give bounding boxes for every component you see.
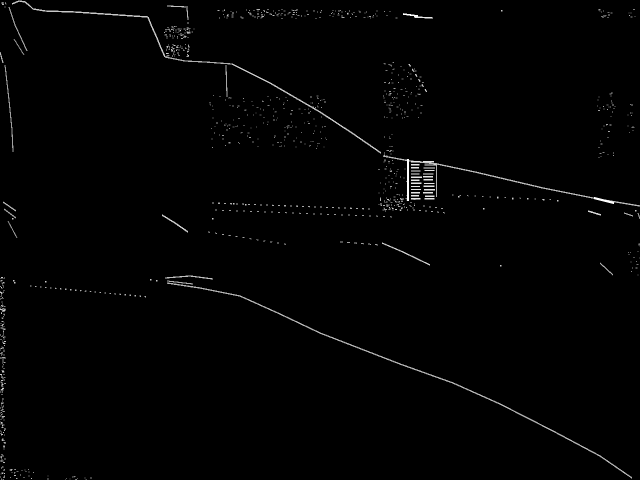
speckle-top-band-mid — [390, 11, 391, 12]
speckle-trunk-base-dense — [388, 205, 389, 206]
speckle-top-band-left — [262, 16, 263, 17]
speckle-left-edge-column — [2, 407, 4, 408]
speckle-dot-field-under-line — [251, 101, 252, 102]
speckle-left-edge-column — [3, 331, 4, 332]
speckle-trunk-strand-left — [394, 69, 395, 70]
speckle-trunk-strand-left — [390, 93, 391, 94]
speckle-left-edge-column — [2, 297, 3, 298]
speckle-trunk-strand-right — [401, 114, 402, 115]
speckle-right-wavy-dots — [597, 105, 598, 106]
speckle-dot-field-under-line — [257, 138, 258, 139]
speckle-dot-field-under-line — [241, 132, 242, 133]
speckle-texture-block-side — [190, 28, 191, 29]
speckle-trunk-lower — [396, 174, 397, 175]
speckle-left-edge-column — [1, 313, 2, 314]
speckle-dot-field-under-line — [227, 125, 228, 126]
speckle-left-edge-column — [3, 282, 4, 283]
speckle-top-band-left — [307, 14, 309, 15]
speckle-right-wavy-dots — [610, 96, 611, 97]
speckle-trunk-strand-left — [391, 79, 392, 80]
speckle-trunk-lower — [394, 205, 395, 206]
speckle-left-edge-column — [2, 394, 3, 395]
speckle-dot-field-under-line — [252, 142, 254, 143]
speckle-top-band-mid — [373, 15, 374, 16]
speckle-texture-block-b — [178, 45, 179, 46]
speckle-trunk-base-dense — [388, 200, 389, 201]
speckle-trunk-strand-left — [384, 161, 385, 162]
speckle-left-edge-column — [1, 405, 2, 406]
speckle-trunk-base-dense — [384, 202, 385, 203]
speckle-dot-field-under-line — [319, 143, 320, 144]
speckle-left-edge-column — [1, 459, 2, 460]
speckle-trunk-strand-left — [386, 166, 387, 167]
speckle-trunk-strand-right — [404, 69, 405, 70]
speckle-dot-field-under-line — [284, 103, 285, 104]
speckle-trunk-base-dense — [389, 204, 390, 205]
speckle-top-band-mid — [329, 15, 330, 16]
speckle-top-band-right — [599, 11, 600, 12]
speckle-trunk-base-dense — [381, 205, 382, 206]
speckle-right-edge-dots-q4 — [637, 274, 638, 275]
speckle-trunk-strand-right — [405, 88, 406, 89]
speckle-trunk-base-dense — [401, 208, 403, 209]
speckle-dot-field-under-line — [273, 120, 275, 121]
speckle-top-band-left — [297, 9, 298, 10]
speckle-dot-field-under-line — [317, 143, 318, 144]
speckle-top-band-mid — [352, 14, 353, 15]
speckle-dot-field-under-line — [213, 117, 214, 118]
speckle-texture-block-a — [176, 29, 177, 30]
speckle-left-edge-column — [3, 366, 4, 367]
speckle-trunk-lower — [397, 171, 398, 172]
speckle-right-wavy-dots — [612, 112, 613, 113]
speckle-left-edge-column — [2, 311, 4, 312]
speckle-dot-field-under-line — [212, 109, 213, 110]
speckle-top-band-mid — [335, 11, 336, 12]
speckle-top-band-left — [251, 15, 252, 16]
speckle-trunk-strand-left — [391, 146, 392, 147]
speckle-left-edge-column — [1, 355, 2, 356]
speckle-dot-field-under-line — [225, 125, 226, 126]
speckle-texture-block-a — [174, 35, 175, 36]
speckle-left-edge-column — [2, 388, 4, 389]
speckle-trunk-strand-left — [391, 72, 392, 73]
speckle-texture-block-a — [183, 37, 184, 38]
speckle-left-edge-column — [4, 443, 6, 444]
speckle-texture-block-b — [188, 50, 190, 51]
speckle-top-band-mid — [367, 16, 368, 17]
speckle-texture-block-b — [187, 54, 188, 55]
speckle-dot-field-under-line — [308, 112, 310, 113]
speckle-trunk-base-dense — [380, 199, 381, 200]
speckle-left-edge-column — [1, 278, 2, 279]
ladder-grid-block-row — [411, 164, 419, 165]
speckle-left-edge-column — [4, 337, 6, 338]
speckle-left-edge-column — [2, 456, 4, 457]
speckle-left-edge-column — [3, 362, 5, 363]
dot — [245, 204, 247, 206]
speckle-left-edge-column — [2, 367, 3, 368]
speckle-dot-field-under-line — [315, 126, 316, 127]
speckle-texture-block-a — [183, 29, 185, 30]
speckle-top-left-corner-mark — [2, 4, 4, 5]
speckle-top-band-left — [224, 17, 225, 18]
speckle-dot-field-under-line — [232, 105, 234, 106]
speckle-left-edge-column — [3, 285, 4, 286]
ladder-grid-block-right-bar — [436, 163, 437, 197]
speckle-bottom-left-corner — [25, 470, 26, 471]
speckle-left-edge-column — [1, 461, 2, 462]
speckle-texture-block-a — [181, 35, 183, 36]
speckle-texture-block-a — [170, 30, 171, 31]
speckle-left-edge-column — [4, 278, 5, 279]
speckle-texture-block-b — [186, 48, 187, 49]
speckle-bottom-left-corner — [28, 475, 29, 476]
speckle-trunk-lower — [390, 188, 391, 189]
speckle-trunk-strand-right — [415, 70, 417, 71]
speckle-texture-block-b — [178, 52, 179, 53]
speckle-dot-field-under-line — [211, 128, 212, 129]
speckle-left-edge-column — [3, 290, 4, 291]
speckle-trunk-strand-right — [416, 86, 417, 87]
speckle-dot-field-under-line — [316, 148, 317, 149]
speckle-dot-field-under-line — [296, 99, 298, 100]
speckle-dot-field-under-line — [317, 107, 318, 108]
speckle-dot-field-under-line — [274, 135, 276, 136]
speckle-trunk-strand-left — [392, 134, 393, 135]
speckle-trunk-strand-right — [410, 73, 412, 74]
speckle-top-band-left — [314, 10, 315, 11]
speckle-left-edge-column — [2, 301, 3, 302]
speckle-dot-field-under-line — [233, 119, 234, 120]
speckle-texture-block-a — [177, 38, 178, 39]
speckle-left-edge-column — [4, 323, 5, 324]
speckle-top-band-left — [273, 11, 274, 12]
speckle-dot-field-under-line — [286, 97, 287, 98]
speckle-trunk-strand-right — [412, 110, 413, 111]
speckle-left-edge-column — [0, 353, 2, 354]
speckle-left-edge-column — [1, 434, 2, 435]
speckle-bottom-left-corner — [16, 478, 17, 479]
speckle-dot-field-under-line — [313, 119, 314, 120]
speckle-texture-block-b — [166, 50, 167, 51]
speckle-dot-field-under-line — [212, 147, 213, 148]
speckle-dot-field-under-line — [248, 133, 250, 134]
speckle-top-band-left — [296, 10, 298, 11]
speckle-top-band-mid — [345, 11, 346, 12]
speckle-texture-block-b — [167, 46, 169, 47]
speckle-trunk-strand-left — [388, 104, 390, 105]
speckle-bottom-left-corner — [14, 475, 16, 476]
speckle-dot-field-under-line — [312, 106, 314, 107]
speckle-trunk-strand-right — [420, 86, 422, 87]
speckle-right-wavy-dots — [612, 105, 614, 106]
speckle-left-edge-column — [4, 355, 5, 356]
speckle-top-band-left — [261, 12, 262, 13]
ladder-grid-block-row — [411, 192, 420, 193]
speckle-top-left-corner-mark — [5, 4, 6, 5]
dot — [347, 13, 349, 15]
speckle-left-edge-column — [2, 425, 3, 426]
speckle-right-edge-dots-q4 — [629, 254, 630, 255]
speckle-top-band-mid — [387, 15, 388, 16]
speckle-trunk-strand-left — [385, 101, 386, 102]
speckle-trunk-strand-right — [418, 117, 419, 118]
speckle-trunk-base-dense — [403, 204, 404, 205]
speckle-top-band-left — [226, 17, 227, 18]
speckle-texture-block-b — [179, 55, 180, 56]
speckle-dot-field-under-line — [273, 108, 274, 109]
speckle-trunk-lower — [385, 191, 386, 192]
speckle-dot-field-under-line — [268, 122, 269, 123]
ladder-grid-block-row — [411, 173, 419, 174]
speckle-dot-field-under-line — [285, 131, 286, 132]
speckle-top-band-mid — [377, 16, 378, 17]
speckle-right-edge-dots-q4 — [636, 261, 637, 262]
speckle-left-edge-column — [4, 476, 5, 477]
speckle-trunk-strand-left — [393, 88, 395, 89]
speckle-left-edge-column — [2, 398, 4, 399]
speckle-dot-field-under-line — [262, 101, 263, 102]
speckle-trunk-strand-left — [389, 91, 391, 92]
speckle-texture-block-a — [178, 32, 179, 33]
speckle-top-band-left — [296, 14, 297, 15]
speckle-right-edge-dots-q4 — [631, 271, 632, 272]
speckle-left-edge-column — [0, 477, 1, 478]
speckle-top-band-mid — [375, 13, 376, 14]
speckle-texture-block-a — [180, 33, 182, 34]
speckle-trunk-strand-left — [392, 82, 394, 83]
speckle-trunk-base-dense — [406, 207, 407, 208]
speckle-trunk-strand-left — [391, 105, 393, 106]
speckle-texture-block-b — [173, 54, 174, 55]
speckle-left-edge-column — [2, 340, 3, 341]
speckle-trunk-strand-left — [384, 160, 386, 161]
speckle-trunk-strand-right — [419, 89, 420, 90]
edge-map-canvas — [0, 0, 640, 480]
speckle-right-wavy-dots-2 — [627, 126, 628, 127]
speckle-right-wavy-dots-2 — [631, 105, 633, 106]
speckle-right-wavy-dots — [613, 108, 614, 109]
speckle-bottom-left-corner — [25, 471, 26, 472]
speckle-texture-block-b — [177, 49, 178, 50]
speckle-left-edge-column — [3, 292, 4, 293]
speckle-top-band-left — [315, 18, 316, 19]
speckle-trunk-lower — [390, 171, 392, 172]
speckle-dot-field-under-line — [263, 117, 264, 118]
speckle-trunk-strand-left — [386, 155, 388, 156]
speckle-trunk-base-dense — [390, 199, 391, 200]
speckle-texture-block-b — [174, 54, 175, 55]
speckle-dot-field-under-line — [225, 100, 226, 101]
speckle-trunk-lower — [400, 203, 401, 204]
speckle-dot-field-under-line — [310, 96, 312, 97]
speckle-right-edge-dots-q4 — [632, 267, 633, 268]
speckle-trunk-strand-right — [407, 103, 408, 104]
speckle-trunk-base-dense — [404, 207, 405, 208]
dot — [635, 210, 637, 212]
speckle-trunk-base-dense — [401, 201, 403, 202]
speckle-texture-block-b — [169, 55, 170, 56]
speckle-left-edge-column — [4, 420, 5, 421]
speckle-left-edge-column — [2, 401, 3, 402]
speckle-trunk-strand-right — [420, 76, 422, 77]
speckle-dot-field-under-line — [321, 107, 322, 108]
speckle-left-edge-column — [4, 448, 5, 449]
speckle-left-edge-column — [3, 371, 4, 372]
speckle-bottom-left-corner — [33, 472, 34, 473]
speckle-left-edge-column — [2, 336, 3, 337]
speckle-dot-field-under-line — [243, 98, 244, 99]
speckle-left-edge-column — [3, 328, 4, 329]
speckle-bottom-left-corner — [28, 472, 29, 473]
speckle-texture-block-a — [166, 35, 167, 36]
speckle-trunk-base-dense — [400, 198, 401, 199]
speckle-left-edge-column — [2, 385, 3, 386]
speckle-texture-block-b — [185, 44, 186, 45]
speckle-top-band-left — [217, 10, 219, 11]
speckle-dot-field-under-line — [304, 123, 305, 124]
speckle-dot-field-under-line — [310, 145, 311, 146]
dot — [501, 10, 503, 12]
ladder-grid-block-row — [411, 167, 419, 168]
ladder-grid-block-row — [423, 167, 435, 168]
speckle-dot-field-under-line — [257, 146, 258, 147]
speckle-left-edge-column — [1, 339, 2, 340]
speckle-texture-block-a — [186, 29, 187, 30]
speckle-top-band-left — [289, 12, 290, 13]
speckle-texture-block-a — [178, 30, 179, 31]
speckle-texture-block-a — [174, 26, 175, 27]
speckle-dot-field-under-line — [230, 98, 232, 99]
speckle-right-wavy-dots — [598, 147, 599, 148]
speckle-trunk-strand-right — [418, 94, 419, 95]
speckle-texture-block-a — [176, 31, 177, 32]
speckle-trunk-lower — [392, 178, 393, 179]
speckle-dot-field-under-line — [313, 133, 314, 134]
speckle-trunk-strand-right — [405, 114, 406, 115]
speckle-trunk-lower — [389, 182, 390, 183]
dot — [45, 281, 47, 283]
speckle-top-band-left — [275, 13, 276, 14]
speckle-texture-block-b — [173, 49, 174, 50]
speckle-dot-field-under-line — [317, 97, 318, 98]
speckle-left-edge-column — [4, 473, 5, 474]
speckle-bottom-edge-dots — [85, 478, 86, 479]
dot — [12, 218, 14, 220]
speckle-right-wavy-dots — [600, 144, 602, 145]
speckle-left-edge-column — [3, 364, 4, 365]
speckle-top-band-left — [222, 11, 223, 12]
speckle-trunk-base-dense — [392, 208, 393, 209]
speckle-trunk-lower — [384, 189, 385, 190]
speckle-right-wavy-dots — [599, 157, 600, 158]
speckle-dot-field-under-line — [318, 111, 319, 112]
speckle-texture-block-b — [187, 56, 189, 57]
speckle-dot-field-under-line — [313, 141, 314, 142]
speckle-top-band-mid — [370, 18, 371, 19]
speckle-trunk-strand-left — [390, 65, 391, 66]
speckle-left-edge-column — [0, 421, 1, 422]
speckle-top-band-mid — [338, 13, 339, 14]
speckle-dot-field-under-line — [222, 138, 224, 139]
speckle-dot-field-under-line — [290, 114, 292, 115]
speckle-dot-field-under-line — [324, 147, 325, 148]
speckle-top-band-left — [227, 16, 229, 17]
speckle-left-edge-column — [1, 280, 2, 281]
speckle-dot-field-under-line — [295, 147, 296, 148]
ladder-grid-block-row — [411, 186, 420, 187]
speckle-texture-block-b — [171, 49, 172, 50]
speckle-texture-block-b — [181, 47, 182, 48]
speckle-top-band-left — [298, 15, 300, 16]
speckle-trunk-base-dense — [380, 204, 382, 205]
speckle-trunk-strand-right — [401, 79, 403, 80]
speckle-top-band-right-2 — [633, 9, 635, 10]
speckle-texture-block-b — [187, 51, 189, 52]
speckle-texture-block-b — [183, 50, 184, 51]
speckle-trunk-strand-left — [389, 109, 391, 110]
speckle-trunk-lower — [393, 197, 395, 198]
speckle-texture-block-a — [172, 35, 173, 36]
speckle-texture-block-b — [173, 52, 175, 53]
speckle-top-band-left — [317, 12, 318, 13]
speckle-dot-field-under-line — [276, 97, 278, 98]
speckle-top-band-left — [283, 11, 285, 12]
speckle-left-edge-column — [1, 298, 2, 299]
speckle-left-edge-column — [3, 333, 4, 334]
speckle-dot-field-under-line — [225, 145, 226, 146]
speckle-top-band-left — [279, 10, 280, 11]
speckle-top-band-right — [603, 15, 605, 16]
speckle-left-edge-column — [2, 382, 3, 383]
speckle-texture-block-b — [177, 53, 178, 54]
dot — [156, 280, 158, 282]
speckle-bottom-edge-dots — [72, 476, 73, 477]
speckle-dot-field-under-line — [277, 118, 278, 119]
speckle-top-band-left — [257, 11, 258, 12]
speckle-texture-block-a — [179, 34, 180, 35]
speckle-top-band-mid — [363, 17, 365, 18]
speckle-dot-field-under-line — [292, 126, 293, 127]
speckle-trunk-lower — [404, 169, 405, 170]
ladder-grid-block-row — [425, 198, 435, 199]
speckle-left-edge-column — [3, 462, 5, 463]
speckle-left-edge-column — [0, 415, 1, 416]
speckle-top-band-left — [277, 14, 278, 15]
speckle-dot-field-under-line — [284, 145, 285, 146]
speckle-dot-field-under-line — [219, 134, 220, 135]
speckle-texture-block-side — [189, 30, 190, 31]
speckle-left-edge-column — [4, 459, 6, 460]
speckle-dot-field-under-line — [238, 118, 240, 119]
speckle-top-band-mid — [355, 16, 357, 17]
speckle-trunk-base-dense — [392, 210, 393, 211]
speckle-trunk-strand-right — [418, 108, 419, 109]
speckle-trunk-strand-left — [394, 97, 395, 98]
speckle-trunk-base-dense — [387, 202, 388, 203]
speckle-dot-field-under-line — [226, 124, 227, 125]
speckle-right-wavy-dots — [606, 124, 608, 125]
speckle-dot-field-under-line — [296, 137, 297, 138]
speckle-trunk-strand-left — [384, 63, 386, 64]
speckle-dot-field-under-line — [301, 132, 302, 133]
speckle-top-band-mid — [369, 16, 371, 17]
speckle-left-edge-column — [2, 386, 3, 387]
speckle-left-edge-column — [1, 325, 3, 326]
speckle-top-band-mid — [377, 11, 378, 12]
speckle-texture-block-b — [188, 46, 189, 47]
